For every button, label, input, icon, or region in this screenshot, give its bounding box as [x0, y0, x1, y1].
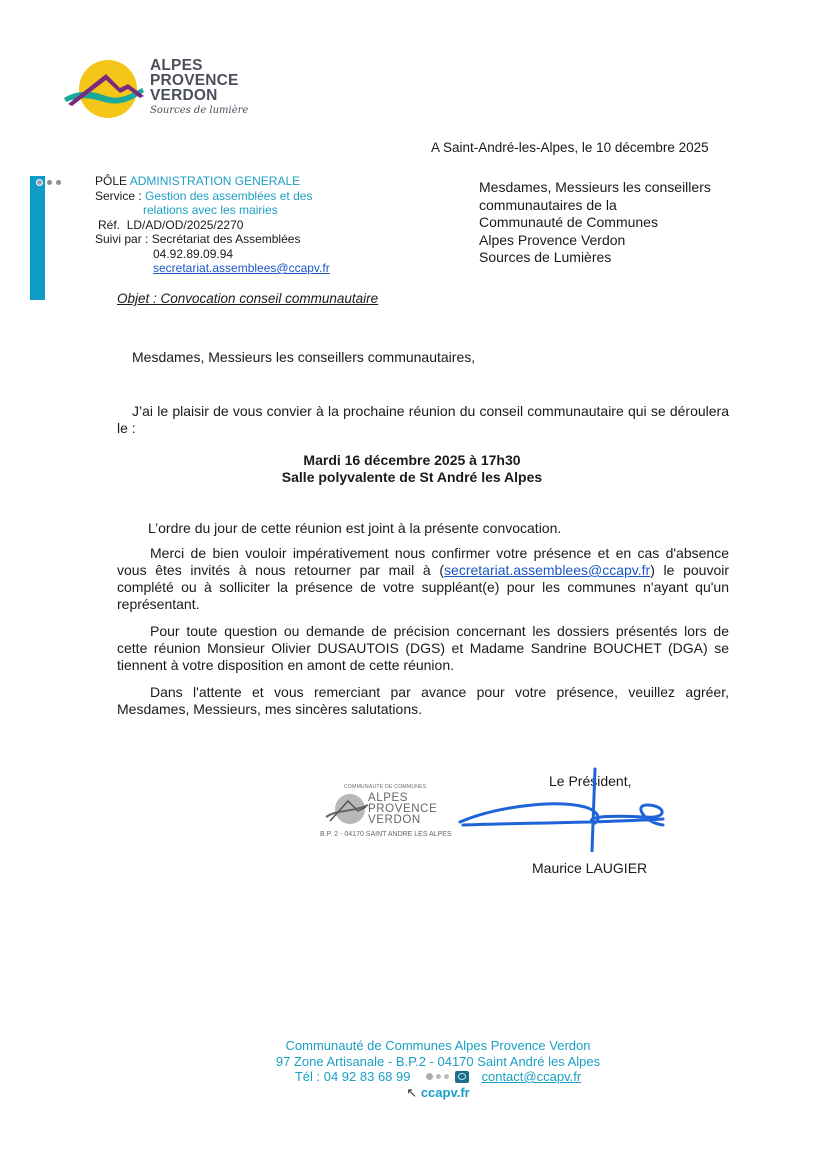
- recipient-line: communautaires de la: [479, 197, 711, 215]
- handwritten-signature: [455, 767, 670, 852]
- recipient-line: Mesdames, Messieurs les conseillers: [479, 179, 711, 197]
- footer-phone: Tél : 04 92 83 68 99: [295, 1069, 411, 1085]
- questions-paragraph: Pour toute question ou demande de précis…: [117, 623, 729, 674]
- recipient-line: Communauté de Communes: [479, 214, 711, 232]
- cursor-click-icon: ↖: [406, 1085, 417, 1100]
- suivi-line: Suivi par : Secrétariat des Assemblées: [95, 232, 375, 247]
- ref-line: Réf. LD/AD/OD/2025/2270: [95, 218, 375, 233]
- service-value-cont: relations avec les mairies: [95, 203, 375, 218]
- logo-tagline: Sources de lumière: [150, 105, 248, 116]
- footer-org-name: Communauté de Communes Alpes Provence Ve…: [200, 1038, 676, 1054]
- logo-brand-line: ALPES: [150, 58, 239, 73]
- stamp-brand: ALPES PROVENCE VERDON: [368, 793, 437, 826]
- ref-label: Réf.: [98, 218, 120, 232]
- place-date: A Saint-André-les-Alpes, le 10 décembre …: [431, 140, 709, 155]
- logo-brand-line: PROVENCE: [150, 73, 239, 88]
- service-label: Service :: [95, 189, 145, 203]
- mail-icon: [455, 1071, 469, 1083]
- dots-decoration-icon: [426, 1073, 449, 1080]
- secretariat-email-link[interactable]: secretariat.assemblees@ccapv.fr: [153, 261, 330, 275]
- intro-paragraph: J’ai le plaisir de vous convier à la pro…: [117, 403, 729, 437]
- salutation: Mesdames, Messieurs les conseillers comm…: [117, 349, 729, 366]
- stamp-bottom-text: B.P. 2 - 04170 SAINT ANDRE LES ALPES: [320, 831, 452, 838]
- logo-brand-line: VERDON: [150, 88, 239, 103]
- agenda-paragraph: L’ordre du jour de cette réunion est joi…: [117, 520, 729, 537]
- pole-value: ADMINISTRATION GENERALE: [130, 174, 300, 188]
- footer-contact: Tél : 04 92 83 68 99 contact@ccapv.fr: [295, 1069, 581, 1085]
- service-value: Gestion des assemblées et des: [145, 189, 312, 203]
- organization-logo: ALPES PROVENCE VERDON Sources de lumière: [58, 58, 258, 122]
- closing-paragraph: Dans l'attente et vous remerciant par av…: [117, 684, 729, 718]
- meeting-date: Mardi 16 décembre 2025 à 17h30: [117, 452, 707, 469]
- recipient-line: Alpes Provence Verdon: [479, 232, 711, 250]
- pole-label: PÔLE: [95, 174, 130, 188]
- recipient-address: Mesdames, Messieurs les conseillers comm…: [479, 179, 711, 267]
- meeting-details: Mardi 16 décembre 2025 à 17h30 Salle pol…: [117, 452, 707, 486]
- sender-info: PÔLE ADMINISTRATION GENERALE Service : G…: [95, 174, 375, 276]
- letter-subject: Objet : Convocation conseil communautair…: [117, 291, 378, 306]
- footer: Communauté de Communes Alpes Provence Ve…: [200, 1038, 676, 1100]
- signatory-name: Maurice LAUGIER: [532, 860, 647, 876]
- accent-bar: [30, 176, 45, 300]
- recipient-line: Sources de Lumières: [479, 249, 711, 267]
- ref-value: LD/AD/OD/2025/2270: [127, 218, 244, 232]
- phone-number: 04.92.89.09.94: [95, 247, 375, 262]
- stamp-logo-icon: [324, 791, 370, 829]
- footer-email-link[interactable]: contact@ccapv.fr: [481, 1069, 581, 1085]
- dots-decoration-icon: [36, 179, 61, 186]
- confirmation-email-link[interactable]: secretariat.assemblees@ccapv.fr: [444, 562, 650, 578]
- logo-mountain-sun-icon: [58, 58, 150, 120]
- stamp-brand-line: VERDON: [368, 815, 437, 826]
- suivi-label: Suivi par :: [95, 232, 152, 246]
- footer-website-link[interactable]: ccapv.fr: [421, 1085, 470, 1100]
- pole-line: PÔLE ADMINISTRATION GENERALE: [95, 174, 375, 189]
- footer-address: 97 Zone Artisanale - B.P.2 - 04170 Saint…: [200, 1054, 676, 1070]
- stamp-top-text: Communauté de Communes: [344, 784, 426, 790]
- footer-website-line: ↖ ccapv.fr: [200, 1085, 676, 1101]
- service-line: Service : Gestion des assemblées et des: [95, 189, 375, 204]
- confirmation-paragraph: Merci de bien vouloir impérativement nou…: [117, 545, 729, 613]
- suivi-value: Secrétariat des Assemblées: [152, 232, 301, 246]
- meeting-place: Salle polyvalente de St André les Alpes: [117, 469, 707, 486]
- logo-brand-text: ALPES PROVENCE VERDON: [150, 58, 239, 103]
